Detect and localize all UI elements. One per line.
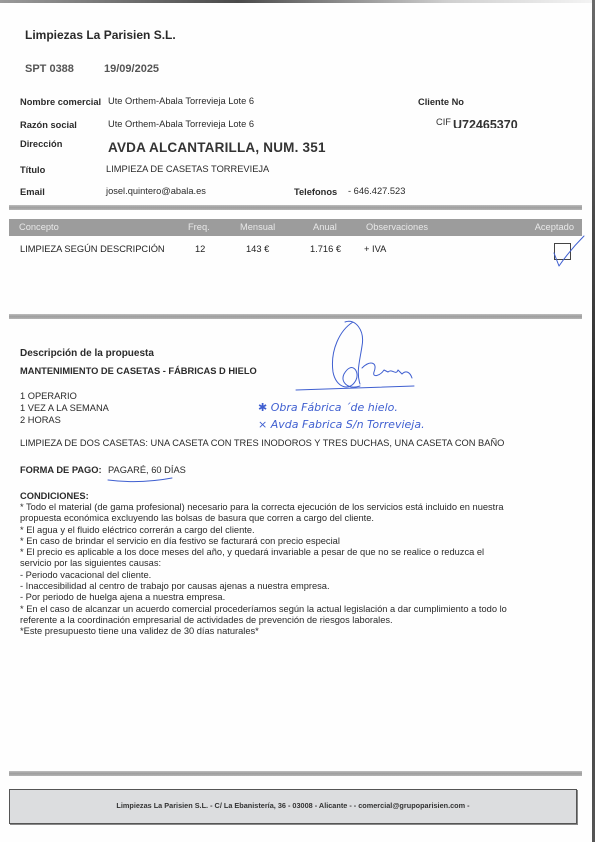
signature-mark	[332, 321, 412, 387]
divider-bar	[9, 205, 582, 210]
table-header: Concepto Freq. Mensual Anual Observacion…	[9, 219, 582, 236]
razon-social-value: Ute Orthem-Abala Torrevieja Lote 6	[108, 119, 254, 129]
payment-underline	[108, 478, 172, 482]
titulo-label: Título	[20, 165, 45, 175]
condition-line: * El precio es aplicable a los doce mese…	[20, 547, 560, 558]
condition-line: * En caso de brindar el servicio en día …	[20, 536, 560, 547]
direccion-label: Dirección	[20, 139, 62, 149]
company-name: Limpiezas La Parisien S.L.	[25, 28, 176, 42]
condition-line: referente a la coordinación empresarial …	[20, 615, 560, 626]
divider-bar	[9, 314, 582, 319]
col-mensual: Mensual	[240, 222, 275, 232]
detail-frequency: 1 VEZ A LA SEMANA	[20, 403, 109, 413]
col-anual: Anual	[313, 222, 337, 232]
handwritten-note-1: ✱ Obra Fábrica ´de hielo.	[258, 401, 398, 414]
cliente-no-label: Cliente No	[418, 97, 464, 107]
description-title: Descripción de la propuesta	[20, 348, 154, 359]
col-aceptado: Aceptado	[535, 222, 574, 232]
condition-line: - Por periodo de huelga ajena a nuestra …	[20, 592, 560, 603]
condition-line: * El agua y el fluido eléctrico correrán…	[20, 525, 560, 536]
payment-label: FORMA DE PAGO:	[20, 465, 102, 475]
direccion-value: AVDA ALCANTARILLA, NUM. 351	[108, 140, 326, 155]
payment-value: PAGARÉ, 60 DÍAS	[108, 465, 186, 475]
col-concepto: Concepto	[19, 222, 59, 232]
document-date: 19/09/2025	[104, 63, 159, 75]
row-mensual: 143 €	[246, 244, 269, 254]
condition-line: - Periodo vacacional del cliente.	[20, 570, 560, 581]
telefonos-value: - 646.427.523	[348, 186, 405, 196]
aceptado-checkbox[interactable]	[554, 243, 571, 260]
divider-bar	[9, 771, 582, 776]
scan-top-edge	[0, 0, 595, 3]
footer-box: Limpiezas La Parisien S.L. - C/ La Ebani…	[9, 789, 577, 824]
conditions-list: * Todo el material (de gama profesional)…	[20, 502, 560, 638]
condition-line: * Todo el material (de gama profesional)…	[20, 502, 560, 513]
nombre-comercial-label: Nombre comercial	[20, 97, 101, 107]
condition-line: * En el caso de alcanzar un acuerdo come…	[20, 604, 560, 615]
condition-line: *Este presupuesto tiene una validez de 3…	[20, 626, 560, 637]
row-freq: 12	[195, 244, 205, 254]
row-anual: 1.716 €	[310, 244, 341, 254]
scope-text: LIMPIEZA DE DOS CASETAS: UNA CASETA CON …	[20, 438, 504, 448]
handwritten-note-2: × Avda Fabrica S/n Torrevieja.	[258, 418, 425, 431]
footer-text: Limpiezas La Parisien S.L. - C/ La Ebani…	[10, 801, 576, 810]
signature-underline	[296, 386, 414, 390]
detail-hours: 2 HORAS	[20, 415, 61, 425]
row-observaciones: + IVA	[364, 244, 386, 254]
condition-line: servicio por las siguientes causas:	[20, 558, 560, 569]
condition-line: propuesta económica excluyendo las bolsa…	[20, 513, 560, 524]
email-value: josel.quintero@abala.es	[106, 186, 206, 196]
document-number: SPT 0388	[25, 63, 74, 75]
condition-line: - Inaccesibilidad al centro de trabajo p…	[20, 581, 560, 592]
row-concepto: LIMPIEZA SEGÚN DESCRIPCIÓN	[20, 244, 165, 254]
telefonos-label: Telefonos	[294, 187, 337, 197]
conditions-title: CONDICIONES:	[20, 491, 89, 501]
email-label: Email	[20, 187, 45, 197]
titulo-value: LIMPIEZA DE CASETAS TORREVIEJA	[106, 164, 269, 174]
cif-label: CIF	[436, 117, 451, 127]
razon-social-label: Razón social	[20, 120, 77, 130]
description-subtitle: MANTENIMIENTO DE CASETAS - FÁBRICAS D HI…	[20, 366, 257, 376]
cif-value: U72465370	[453, 118, 518, 128]
nombre-comercial-value: Ute Orthem-Abala Torrevieja Lote 6	[108, 96, 254, 106]
col-observaciones: Observaciones	[366, 222, 428, 232]
col-freq: Freq.	[188, 222, 210, 232]
detail-operario: 1 OPERARIO	[20, 391, 77, 401]
